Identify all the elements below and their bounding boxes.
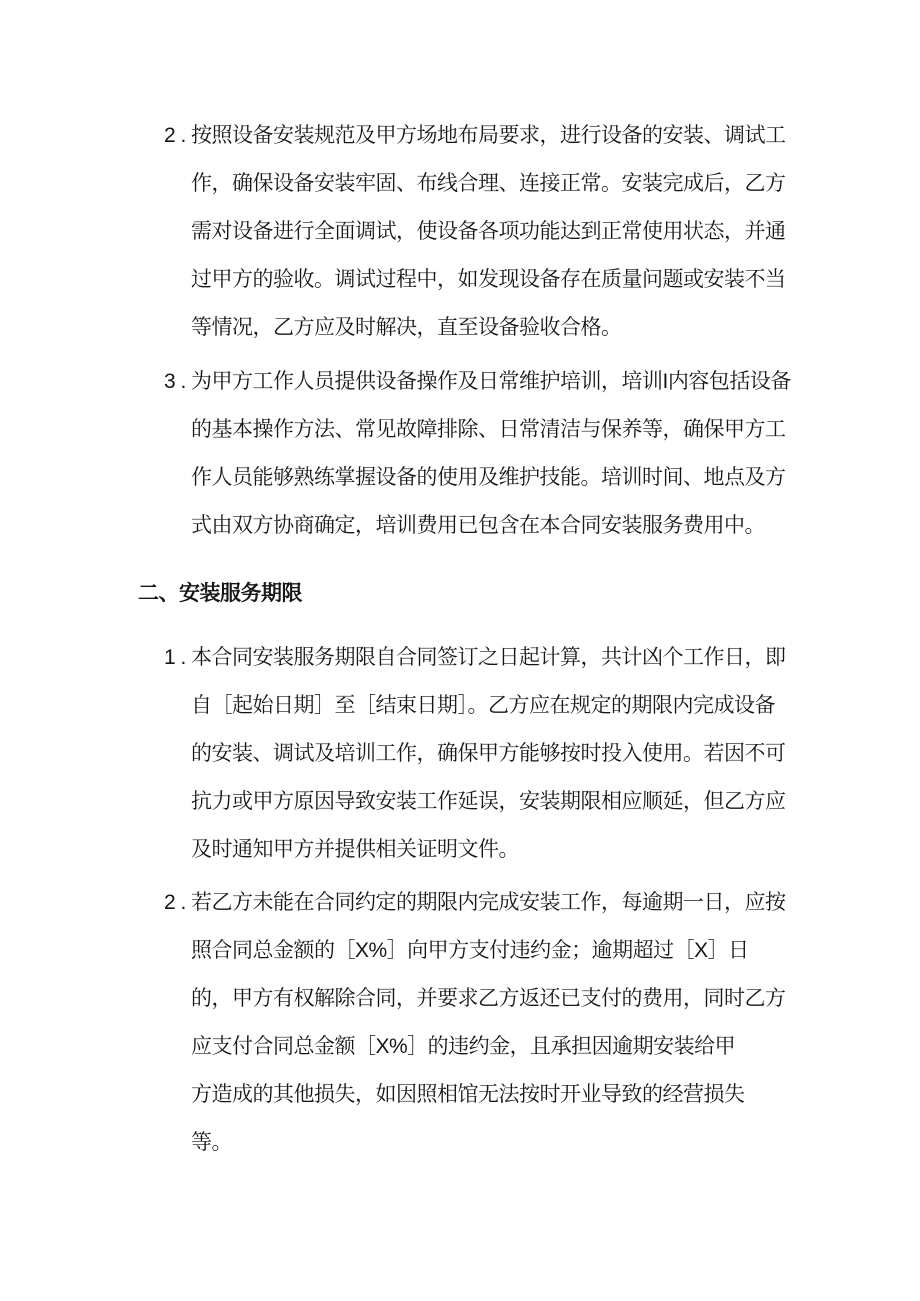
- clause-text: 若乙方未能在合同约定的期限内完成安装工作，每逾期一日，应按: [191, 891, 786, 914]
- clause-line: 作人员能够熟练掌握设备的使用及维护技能。培训时间、地点及方: [191, 454, 811, 502]
- clause-line: 等情况，乙方应及时解决，直至设备验收合格。: [191, 304, 811, 352]
- clause-item: 2 .按照设备安装规范及甲方场地布局要求，进行设备的安装、调试工 作，确保设备安…: [191, 112, 811, 352]
- clause-item: 2 .若乙方未能在合同约定的期限内完成安装工作，每逾期一日，应按 照合同总金额的…: [191, 879, 811, 1167]
- clause-line: 2 .若乙方未能在合同约定的期限内完成安装工作，每逾期一日，应按: [191, 879, 811, 927]
- clause-line: 照合同总金额的［X%］向甲方支付违约金；逾期超过［X］日: [191, 927, 811, 975]
- clause-line: 自［起始日期］至［结束日期］。乙方应在规定的期限内完成设备: [191, 682, 811, 730]
- clause-line: 3 .为甲方工作人员提供设备操作及日常维护培训，培训I内容包括设备: [191, 358, 811, 406]
- clause-line: 过甲方的验收。调试过程中，如发现设备存在质量问题或安装不当: [191, 256, 811, 304]
- section-heading: 二、安装服务期限: [138, 570, 811, 618]
- clause-line: 应支付合同总金额［X%］的违约金，且承担因逾期安装给甲: [191, 1023, 811, 1071]
- clause-number: 2 .: [164, 112, 191, 160]
- clause-line: 的安装、调试及培训工作，确保甲方能够按时投入使用。若因不可: [191, 730, 811, 778]
- clause-number: 1 .: [164, 634, 191, 682]
- contract-body: 2 .按照设备安装规范及甲方场地布局要求，进行设备的安装、调试工 作，确保设备安…: [191, 0, 811, 1167]
- clause-text: 为甲方工作人员提供设备操作及日常维护培训，培训I内容包括设备: [191, 370, 791, 393]
- clause-line: 式由双方协商确定，培训费用已包含在本合同安装服务费用中。: [191, 502, 811, 550]
- section-service-content: 2 .按照设备安装规范及甲方场地布局要求，进行设备的安装、调试工 作，确保设备安…: [191, 112, 811, 550]
- clause-line: 的基本操作方法、常见故障排除、日常清洁与保养等，确保甲方工: [191, 406, 811, 454]
- clause-number: 2 .: [164, 879, 191, 927]
- clause-line: 作，确保设备安装牢固、布线合理、连接正常。安装完成后，乙方: [191, 160, 811, 208]
- clause-text: 本合同安装服务期限自合同签订之日起计算，共计凶个工作日，即: [191, 646, 786, 669]
- section-installation-period: 二、安装服务期限 1 .本合同安装服务期限自合同签订之日起计算，共计凶个工作日，…: [191, 570, 811, 1167]
- clause-item: 1 .本合同安装服务期限自合同签订之日起计算，共计凶个工作日，即 自［起始日期］…: [191, 634, 811, 874]
- clause-item: 3 .为甲方工作人员提供设备操作及日常维护培训，培训I内容包括设备 的基本操作方…: [191, 358, 811, 550]
- clause-line: 2 .按照设备安装规范及甲方场地布局要求，进行设备的安装、调试工: [191, 112, 811, 160]
- clause-line: 及时通知甲方并提供相关证明文件。: [191, 826, 811, 874]
- clause-line: 抗力或甲方原因导致安装工作延误，安装期限相应顺延，但乙方应: [191, 778, 811, 826]
- clause-line: 的，甲方有权解除合同，并要求乙方返还已支付的费用，同时乙方: [191, 975, 811, 1023]
- clause-line: 需对设备进行全面调试，使设备各项功能达到正常使用状态，并通: [191, 208, 811, 256]
- clause-line: 1 .本合同安装服务期限自合同签订之日起计算，共计凶个工作日，即: [191, 634, 811, 682]
- clause-line: 等。: [191, 1119, 811, 1167]
- clause-number: 3 .: [164, 358, 191, 406]
- clause-text: 按照设备安装规范及甲方场地布局要求，进行设备的安装、调试工: [191, 124, 786, 147]
- clause-line: 方造成的其他损失，如因照相馆无法按时开业导致的经营损失: [191, 1071, 811, 1119]
- contract-page: 2 .按照设备安装规范及甲方场地布局要求，进行设备的安装、调试工 作，确保设备安…: [0, 0, 920, 1301]
